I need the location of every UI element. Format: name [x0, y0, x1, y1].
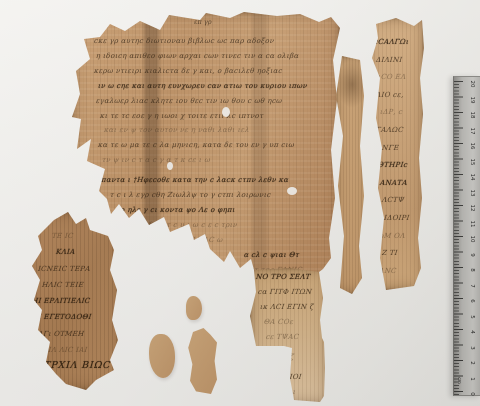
handwritten-text-line: ϲα ΓΙΤΦ ΙΤΩΝ: [257, 285, 314, 300]
handwritten-text-line: ΛΙΟ ϲε,: [375, 87, 410, 105]
handwritten-text-line: ΛΓι ΟΤΜΕΗ: [37, 326, 111, 342]
handwritten-text-line: ΗΙ ΕΡΛΙΤΙΕΛΙϹ: [31, 293, 111, 309]
ruler-number: 13: [469, 187, 475, 199]
small-blank-fragment: [187, 328, 217, 394]
ruler-number: 5: [469, 311, 475, 323]
handwritten-text-line: ΛϹΤΨ: [381, 192, 410, 210]
ruler-number: 10: [469, 233, 475, 245]
handwritten-text-line: ϲϹΑΛΓΩι: [373, 34, 410, 52]
ruler-number: 17: [469, 125, 475, 137]
ruler-number: 3: [469, 342, 475, 354]
handwritten-text-line: ΤΡΧΙΛ ΒΙΩϹ: [43, 358, 111, 374]
bottom-left-papyrus-fragment: ΤΕ ΙϹΚΛΙΑΙϹΝΕΙϹ ΤΕΡΑΗΛΙϹ ΤΕΙΕΗΙ ΕΡΛΙΤΙΕΛ…: [24, 212, 122, 390]
small-blank-fragment: [149, 334, 175, 378]
handwritten-text-line: ΙΑΟΙΛ ΛΙϹ ΙΑΙ: [33, 342, 111, 358]
handwritten-text-line: ιν ω ϲηε και αυτη ευνχωρευ ϲαν ατιω του …: [97, 79, 308, 94]
ruler-number: 8: [469, 264, 475, 276]
handwritten-text-line: ϲ ι: [285, 385, 314, 400]
handwritten-text-line: ζ: [289, 350, 314, 365]
small-blank-fragment: [186, 296, 202, 320]
handwritten-text-line: και εν ψ τον αυτον νε η ναθι λαθι ιελ: [103, 123, 308, 138]
ruler-number: 0: [469, 388, 475, 400]
ruler-number: 12: [469, 202, 475, 214]
ruler-number: 15: [469, 156, 475, 168]
handwritten-text-line: τ ϲ ι λ εγρ ϲθη Ζιωλλψ το γ ϲτπι λοιρωνι…: [109, 188, 308, 203]
bottom-left-fragment-text: ΤΕ ΙϹΚΛΙΑΙϹΝΕΙϹ ΤΕΡΑΗΛΙϹ ΤΕΙΕΗΙ ΕΡΛΙΤΙΕΛ…: [30, 228, 111, 375]
ruler-number: 20: [469, 78, 475, 90]
handwritten-text-line: κερω ντιειρι κιαλιϲτα δε γ και, ο βαϲιλε…: [93, 64, 308, 79]
right-fragment-text: ϲϹΑΛΓΩιΔΙΛΙΝΙιϹΟ ΕΛΛΙΟ ϲε,ιΔΡ, ϲΓΑΛΩϹΝΓΕ…: [374, 34, 410, 280]
handwritten-text-line: κα τε ω μα τε ϲ λα μηνιϲη, κατα δε του ε…: [97, 138, 308, 153]
handwritten-text-line: ϲκε γρ αυτηϲ διωτιοναυ βιβλωϲ ωϲ παρ αδο…: [93, 34, 308, 49]
papyrus-hole: [222, 107, 230, 117]
handwritten-text-line: α ϲλ ϲ ψιαι Θτ: [243, 248, 308, 263]
edge-shading: [334, 56, 370, 294]
handwritten-text-line: ΗΛΙϹ ΤΕΙΕ: [41, 277, 111, 293]
handwritten-text-line: ωΜ ΟΛ: [377, 228, 410, 246]
ruler-cm-ticks: [454, 81, 463, 395]
ruler-number: 1: [469, 373, 475, 385]
tail-fragment-text: ΝΟ ΤΡΟ ΣΕΛΤϲα ΓΙΤΦ ΙΤΩΝικ ΛϹΙ ΕΓΙΝ ζΘΑ Ϲ…: [256, 270, 314, 400]
handwritten-text-line: α παντα ι †Ηφεϲοθε κατα την ϲ λαϲκ ϲτπν …: [93, 173, 308, 188]
handwritten-text-line: ΤΕ ΙϹ: [51, 228, 111, 244]
papyrus-hole: [167, 162, 173, 170]
ruler-unit-label: cm: [456, 377, 461, 384]
ruler-number: 4: [469, 326, 475, 338]
ruler-number: 19: [469, 94, 475, 106]
handwritten-text-line: ΙΔΟΙΡΙ: [383, 210, 410, 228]
right-papyrus-fragment: ϲϹΑΛΓΩιΔΙΛΙΝΙιϹΟ ΕΛΛΙΟ ϲε,ιΔΡ, ϲΓΑΛΩϹΝΓΕ…: [366, 18, 424, 290]
handwritten-text-line: ιϲ ι αωδεκλτ ϲ υ ι ω ϲ ε ϲ τριν: [121, 218, 308, 233]
ruler-number: 11: [469, 218, 475, 230]
main-fragment-text: ϲκε γρ αυτηϲ διωτιοναυ βιβλωϲ ωϲ παρ αδο…: [94, 34, 307, 278]
papyrus-photo: επ γρ ϲκε γρ αυτηϲ διωτιοναυ βιβλωϲ ωϲ π…: [0, 0, 480, 406]
handwritten-text-line: ϲε ΤΨΑϹ: [265, 330, 314, 345]
handwritten-text-line: κι τε τϲ εοε γ η ιωοι χ τοιτε ετιι λϲ ιπ…: [99, 109, 308, 124]
ruler-number: 14: [469, 171, 475, 183]
connector-strip-fragment: [334, 56, 370, 294]
papyrus-hole: [287, 187, 297, 195]
tail-strip-fragment: ΝΟ ΤΡΟ ΣΕΛΤϲα ΓΙΤΦ ΙΤΩΝικ ΛϹΙ ΕΓΙΝ ζΘΑ Ϲ…: [250, 268, 328, 404]
handwritten-text-line: ΔΙΛΙΝΙ: [375, 52, 410, 70]
ruler-number: 2: [469, 357, 475, 369]
handwritten-text-line: ιϹΟ ΕΛ: [377, 69, 410, 87]
handwritten-text-line: ικ ΛϹΙ ΕΓΙΝ ζ: [259, 300, 314, 315]
ruler-number: 16: [469, 140, 475, 152]
handwritten-text-line: ΙΕΙ ΕΓΕΤΟΔΟΘΙ: [29, 309, 111, 325]
handwritten-text-line: Ζ ΤΙ: [381, 245, 410, 263]
ruler-number: 6: [469, 295, 475, 307]
ruler-number: 7: [469, 280, 475, 292]
handwritten-text-line: εγαλωερ λιαϲ κλητε ιου θεϲ τιν ιω θου ϲ …: [95, 94, 308, 109]
main-papyrus-fragment: επ γρ ϲκε γρ αυτηϲ διωτιοναυ βιβλωϲ ωϲ π…: [72, 12, 340, 306]
ruler-number: 18: [469, 109, 475, 121]
handwritten-text-line: χο ηλε γ ϲι κοντα ψο Λε ο φηπι: [115, 203, 308, 218]
handwritten-text-line: ΝΟ ΤΡΟ ΣΕΛΤ: [255, 270, 314, 285]
cm-ruler: cm 20191817161514131211109876543210: [453, 76, 480, 396]
handwritten-text-line: ιΔΡ, ϲ: [379, 104, 410, 122]
handwritten-text-line: ΘΑ ϹΟε: [263, 315, 314, 330]
handwritten-text-line: ι ΙΟΙ: [283, 370, 314, 385]
handwritten-text-line: ΙϹΝΕΙϹ ΤΕΡΑ: [37, 261, 111, 277]
handwritten-text-line: ΙΔΝϹ: [375, 263, 410, 281]
handwritten-text-line: ΑΝΑΤΑ: [379, 175, 410, 193]
handwritten-text-line: λιυο π ΙΜΑΛϹ ΤΗΛ ΛϹ ω: [127, 233, 308, 248]
handwritten-text-line: ΘΤΗΡΙϲ: [377, 157, 410, 175]
ruler-number: 9: [469, 249, 475, 261]
handwritten-text-line: ΝΓΕ: [381, 140, 410, 158]
handwritten-text-line: ΚΛΙΑ: [55, 244, 111, 260]
handwritten-text-line: τν ψ ιν ϲ τ α ϲ γ α τ κ ϲε ι ω: [101, 153, 308, 168]
handwritten-text-line: ΓΑΛΩϹ: [375, 122, 410, 140]
fragment-heading-text: επ γρ: [194, 18, 212, 26]
handwritten-text-line: η ιδοιϲη απιθεο φιων αρχαι ϲων τινεϲ τιν…: [95, 49, 308, 64]
